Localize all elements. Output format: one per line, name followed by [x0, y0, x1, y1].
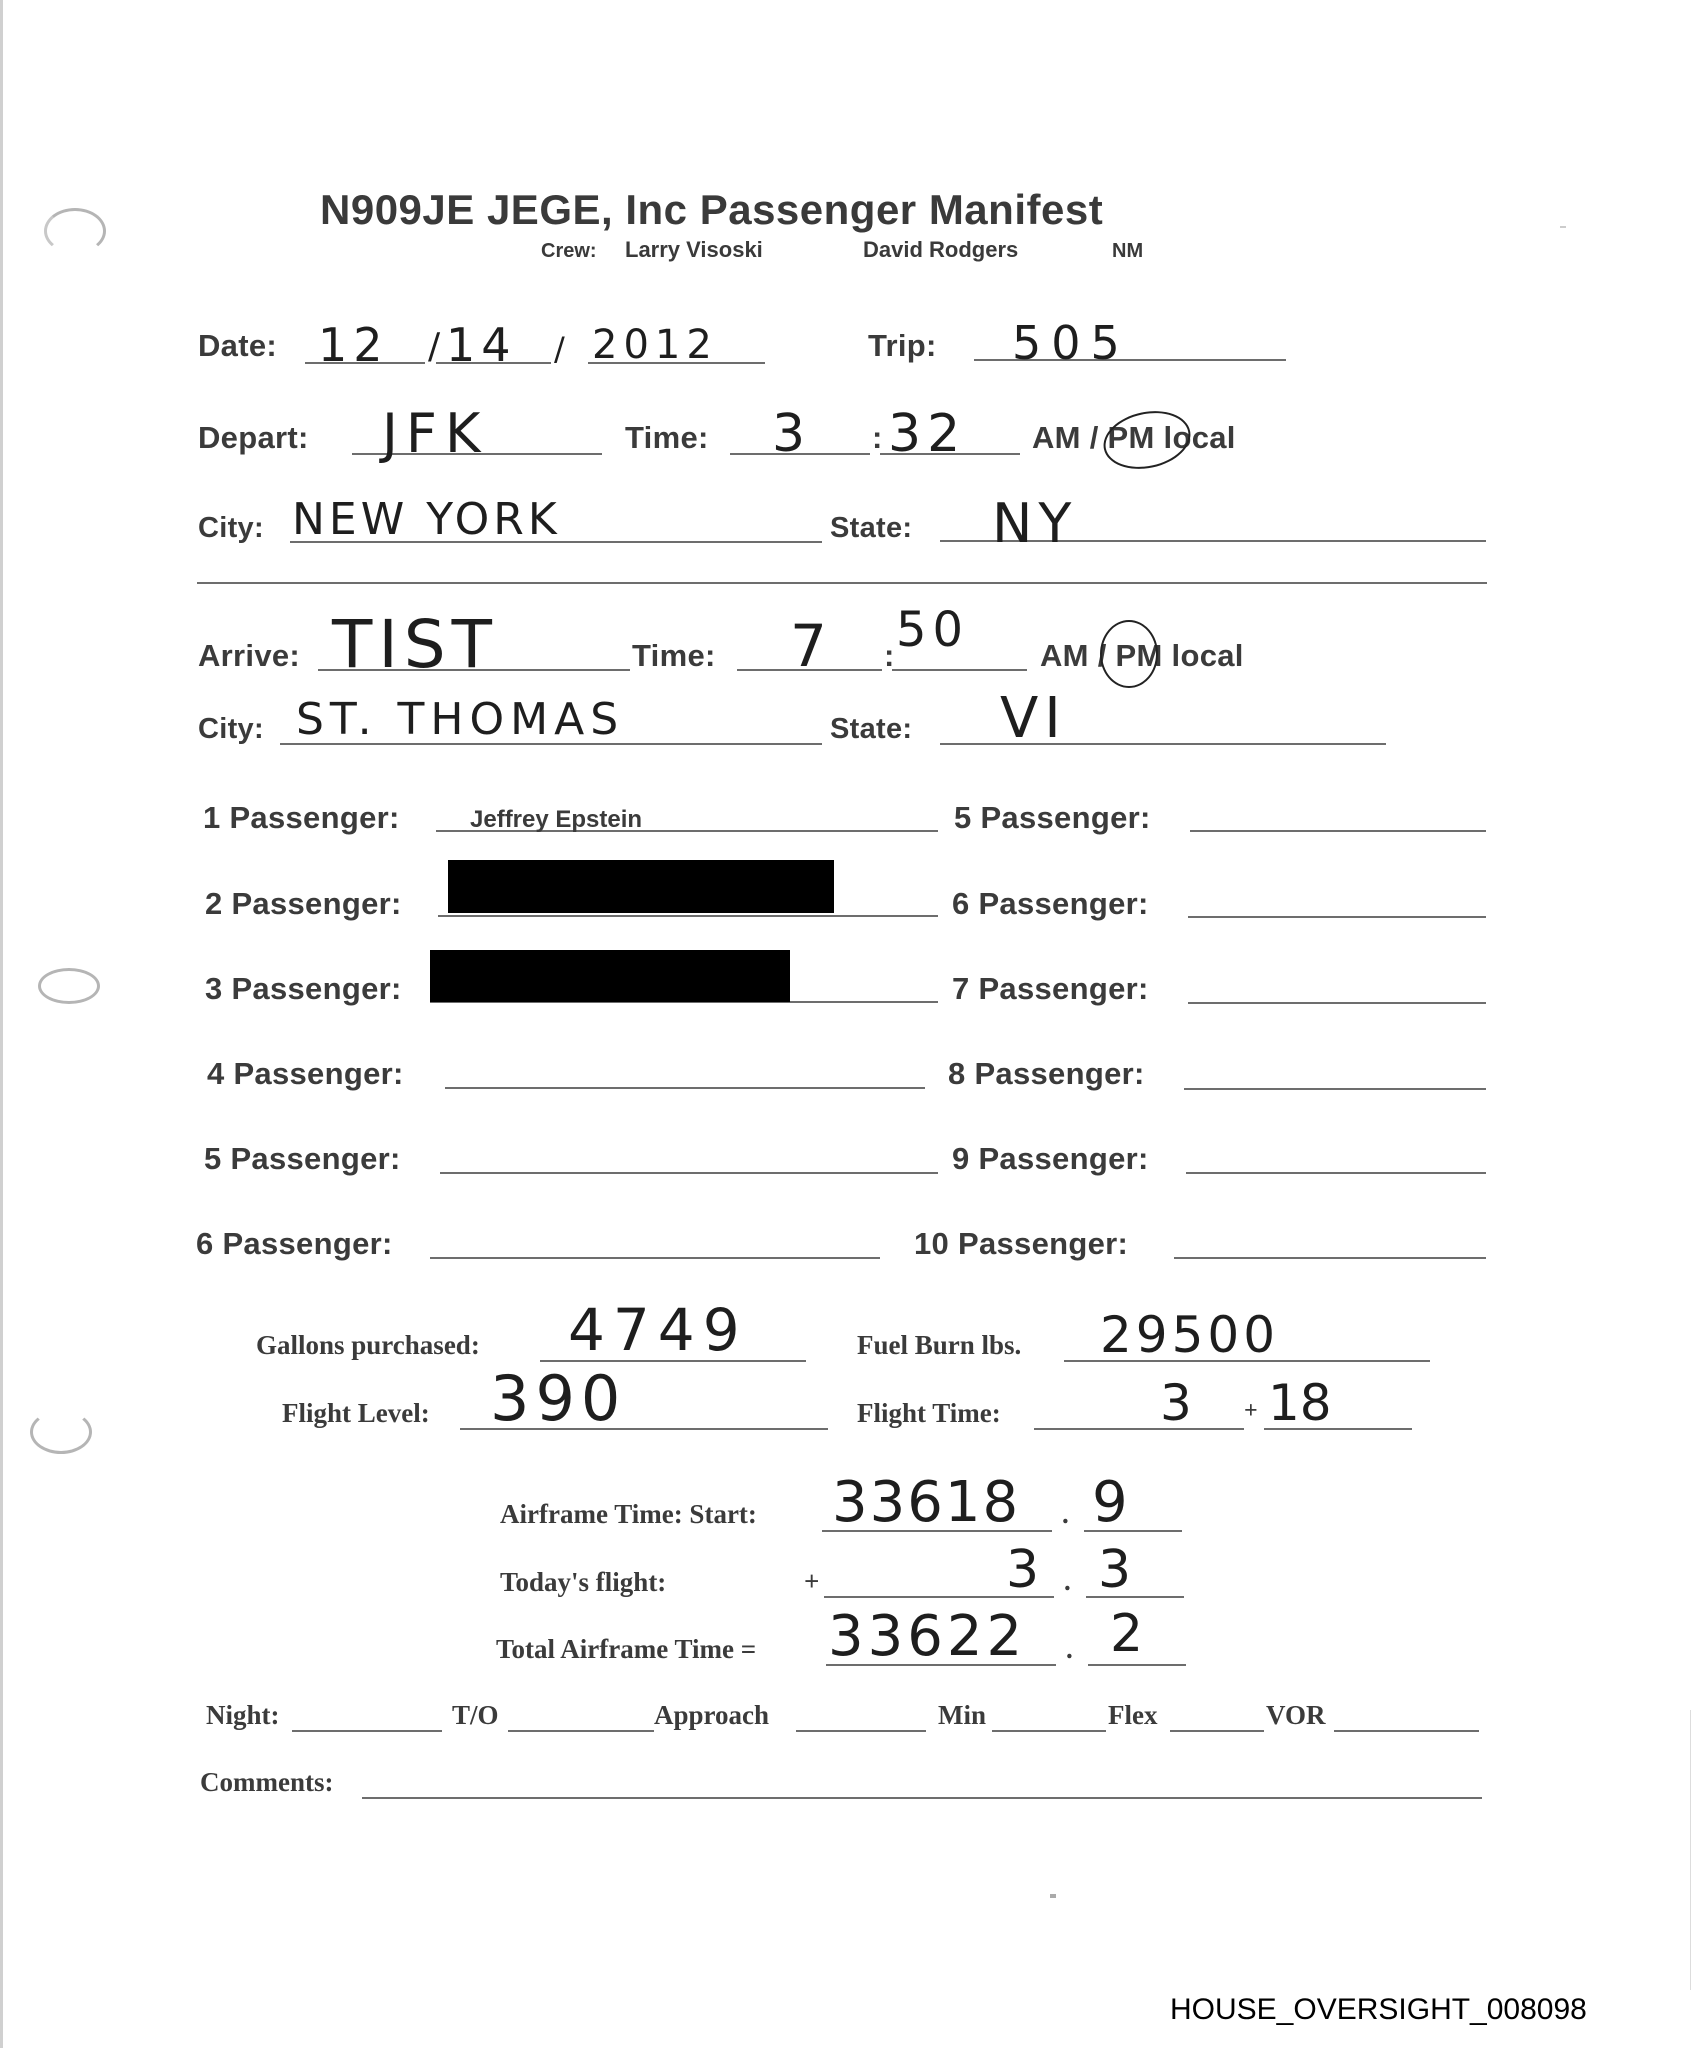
date-sep-2: / [554, 330, 571, 368]
arrive-minute-value[interactable]: 50 [896, 602, 969, 658]
crew-member-2: David Rodgers [863, 237, 1018, 263]
total-airframe-decimal: . [1066, 1634, 1073, 1665]
depart-pm-circle-icon[interactable] [1098, 403, 1196, 476]
date-sep-1: / [428, 326, 446, 367]
airframe-start-whole-value[interactable]: 33618 [832, 1470, 1020, 1535]
passenger-r3-label: 7 Passenger: [952, 971, 1149, 1007]
passenger-3-redaction [430, 950, 790, 1002]
passenger-r6-label: 10 Passenger: [914, 1226, 1128, 1262]
passenger-2-redaction [448, 860, 834, 913]
depart-time-colon: : [872, 420, 883, 456]
fuel-burn-value[interactable]: 29500 [1100, 1306, 1279, 1364]
airframe-start-decimal: . [1062, 1499, 1069, 1530]
flight-time-plus: + [1244, 1398, 1258, 1425]
flight-time-label: Flight Time: [857, 1398, 1001, 1429]
today-flight-label: Today's flight: [500, 1567, 666, 1598]
arrive-city-label: City: [198, 713, 264, 746]
flight-level-label: Flight Level: [282, 1398, 430, 1429]
passenger-4-label: 4 Passenger: [207, 1056, 404, 1092]
min-label: Min [938, 1700, 986, 1731]
flight-time-hours-value[interactable]: 3 [1160, 1374, 1198, 1432]
passenger-r1-label: 5 Passenger: [954, 800, 1151, 836]
depart-label: Depart: [198, 420, 309, 456]
passenger-3-label: 3 Passenger: [205, 971, 402, 1007]
crew-member-1: Larry Visoski [625, 237, 763, 263]
passenger-2-label: 2 Passenger: [205, 886, 402, 922]
today-flight-tenth-value[interactable]: 3 [1098, 1540, 1137, 1600]
night-label: Night: [206, 1700, 280, 1731]
depart-city-label: City: [198, 512, 264, 545]
crew-label: Crew: [541, 240, 597, 263]
total-airframe-tenth-value[interactable]: 2 [1110, 1604, 1149, 1664]
gallons-label: Gallons purchased: [256, 1330, 480, 1361]
to-label: T/O [452, 1700, 499, 1731]
arrive-hour-value[interactable]: 7 [790, 612, 833, 680]
comments-label: Comments: [200, 1767, 333, 1798]
passenger-r2-label: 6 Passenger: [952, 886, 1149, 922]
bates-number: HOUSE_OVERSIGHT_008098 [1170, 1993, 1587, 2027]
binder-hole-middle-icon [38, 968, 100, 1004]
today-flight-whole-value[interactable]: 3 [1006, 1540, 1045, 1600]
depart-time-label: Time: [625, 420, 709, 456]
depart-minute-value[interactable]: 32 [888, 404, 966, 464]
scan-artifact [1560, 226, 1566, 228]
arrive-state-label: State: [830, 713, 912, 746]
passenger-1-label: 1 Passenger: [203, 800, 400, 836]
airframe-start-tenth-value[interactable]: 9 [1092, 1470, 1134, 1535]
gallons-value[interactable]: 4749 [568, 1296, 748, 1364]
passenger-1-value[interactable]: Jeffrey Epstein [470, 806, 642, 834]
vor-label: VOR [1266, 1700, 1325, 1731]
arrive-state-value[interactable]: VI [1000, 686, 1067, 751]
approach-label: Approach [654, 1700, 769, 1731]
date-label: Date: [198, 328, 277, 364]
arrive-pm-circle-icon[interactable] [1100, 620, 1158, 688]
date-year-value[interactable]: 2012 [592, 322, 718, 368]
arrive-label: Arrive: [198, 638, 300, 674]
depart-airport-value[interactable]: JFK [382, 402, 488, 465]
passenger-r5-label: 9 Passenger: [952, 1141, 1149, 1177]
depart-city-value[interactable]: NEW YORK [292, 494, 561, 545]
manifest-title: N909JE JEGE, Inc Passenger Manifest [320, 186, 1103, 234]
total-airframe-whole-value[interactable]: 33622 [828, 1604, 1026, 1669]
passenger-r4-label: 8 Passenger: [948, 1056, 1145, 1092]
depart-state-label: State: [830, 512, 912, 545]
section-divider [197, 582, 1487, 584]
total-airframe-label: Total Airframe Time = [496, 1634, 756, 1665]
binder-hole-bottom-icon [30, 1410, 92, 1454]
manifest-page: N909JE JEGE, Inc Passenger Manifest Crew… [0, 0, 1700, 2048]
flight-time-minutes-value[interactable]: 18 [1268, 1374, 1332, 1432]
scan-artifact [1690, 1710, 1691, 1990]
flight-level-value[interactable]: 390 [490, 1362, 626, 1435]
today-flight-plus: + [804, 1566, 819, 1597]
trip-label: Trip: [868, 328, 937, 364]
airframe-start-label: Airframe Time: Start: [500, 1499, 757, 1530]
passenger-6-label: 6 Passenger: [196, 1226, 393, 1262]
date-month-value[interactable]: 12 [318, 318, 389, 372]
fuel-burn-label: Fuel Burn lbs. [857, 1330, 1021, 1361]
today-flight-decimal: . [1064, 1566, 1071, 1597]
comments-field[interactable] [362, 1797, 1482, 1799]
date-day-value[interactable]: 14 [446, 318, 517, 372]
passenger-5-label: 5 Passenger: [204, 1141, 401, 1177]
binder-hole-top-icon [44, 208, 106, 254]
arrive-airport-value[interactable]: TIST [332, 606, 498, 683]
scan-artifact [1050, 1894, 1056, 1898]
depart-hour-value[interactable]: 3 [772, 404, 811, 464]
arrive-city-value[interactable]: ST. THOMAS [296, 694, 624, 745]
trip-number-value[interactable]: 505 [1012, 316, 1130, 370]
arrive-time-label: Time: [632, 638, 716, 674]
depart-state-value[interactable]: NY [992, 492, 1077, 555]
scan-edge [0, 0, 3, 2048]
crew-member-3: NM [1112, 240, 1143, 263]
flex-label: Flex [1108, 1700, 1157, 1731]
